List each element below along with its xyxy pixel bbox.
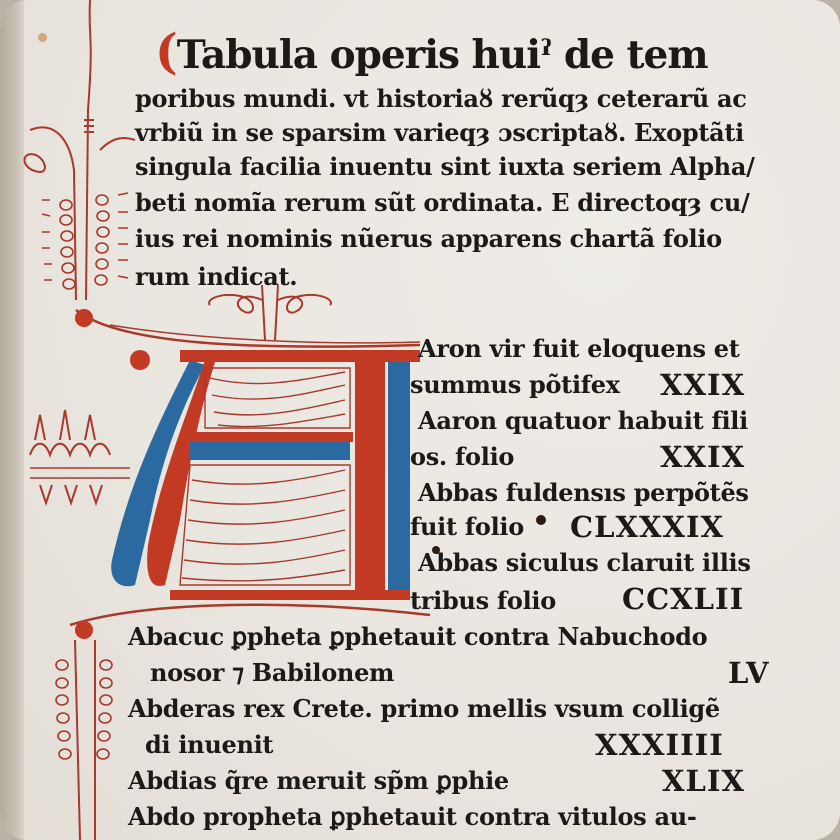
- heading-line-1: (Tabula operis huiˀ de tem: [155, 24, 708, 80]
- heading-line-3: vrbiũ in se sparsim varieqȝ ɔscriptaȣ. …: [135, 118, 744, 147]
- entry-line: fuit folio: [410, 512, 524, 541]
- entry-line: Abdo propheta ꝑphetauit contra vitulos a…: [128, 802, 697, 831]
- folio-number: XLIX: [662, 764, 745, 798]
- entry-line: tribus folio: [410, 586, 556, 615]
- entry-line: Aron vir fuit eloquens et: [418, 334, 740, 363]
- entry-line: Aaron quatuor habuit fili: [418, 406, 748, 435]
- folio-number: XXIX: [660, 368, 745, 402]
- illuminated-initial-a: [111, 350, 420, 600]
- entry-line: Abdias q̃re meruit sp̃m ꝑphie: [128, 766, 509, 795]
- entry-line: summus põtifex: [410, 370, 620, 399]
- heading-line-6: ius rei nominis nũerus apparens chartã…: [135, 224, 722, 253]
- entry-line: Abacuc ꝑpheta ꝑphetauit contra Nabuchodo: [128, 622, 707, 651]
- folio-number: XXXIIII: [595, 728, 724, 762]
- manuscript-photo: (Tabula operis huiˀ de tem poribus mundi…: [0, 0, 840, 840]
- worm-hole: [536, 515, 546, 525]
- folio-number: CLXXXIX: [570, 510, 724, 544]
- folio-number: CCXLII: [622, 582, 744, 616]
- entry-line: Abbas siculus claruit illis: [418, 548, 751, 577]
- heading-line-7: rum indicat.: [135, 262, 297, 291]
- entry-line: Abderas rex Crete. primo mellis vsum col…: [128, 694, 720, 723]
- folio-number: XXIX: [660, 440, 745, 474]
- entry-line: os. folio: [410, 442, 514, 471]
- entry-line: nosor ⁊ Babilonem: [150, 658, 394, 687]
- folio-number: LV: [728, 656, 769, 690]
- heading-line-5: beti nomĩa rerum sũt ordinata. E direc…: [135, 188, 749, 217]
- heading-line-4: singula facilia inuentu sint iuxta serie…: [135, 152, 755, 181]
- worm-hole: [432, 546, 440, 554]
- entry-line: Abbas fuldensıs perpõtẽs: [418, 478, 749, 507]
- heading-line-2: poribus mundi. vt historiaȣ rerũqȝ cete…: [135, 84, 747, 113]
- entry-line: di inuenit: [145, 730, 273, 759]
